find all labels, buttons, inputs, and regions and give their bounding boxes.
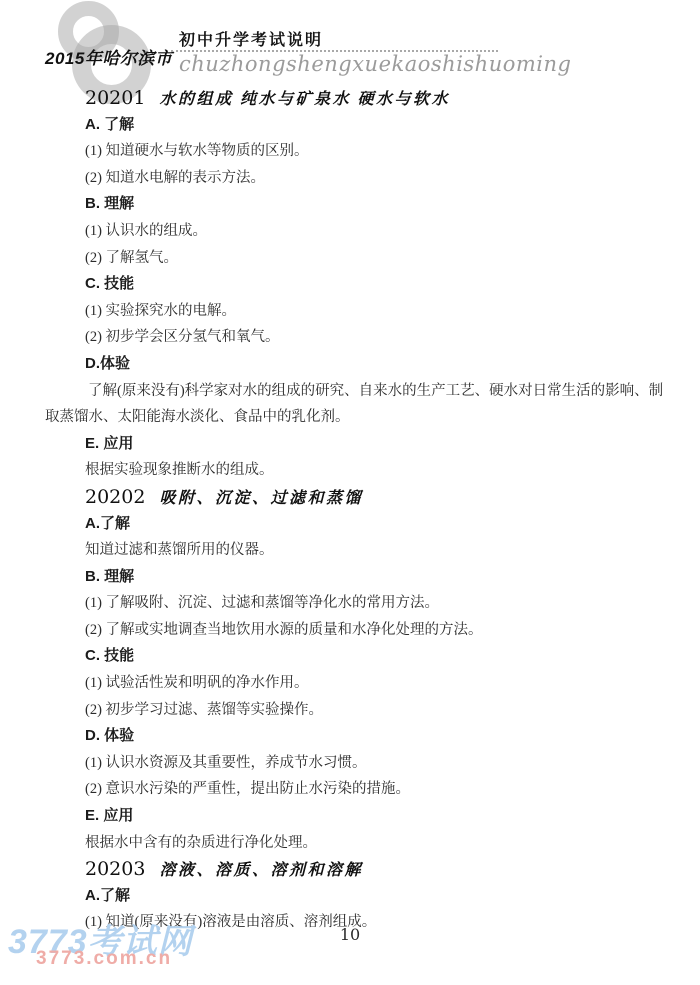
requirement-item: 知道过滤和蒸馏所用的仪器。 [85,537,657,564]
level-label: E. 应用 [85,803,657,830]
level-label: A.了解 [85,883,657,910]
paragraph-line: 了解(原来没有)科学家对水的组成的研究、自来水的生产工艺、硬水对日常生活的影响、… [45,378,657,405]
level-label: A. 了解 [85,112,657,139]
level-label: C. 技能 [85,643,657,670]
page-title: 初中升学考试说明 [179,27,323,50]
requirement-item: (2) 初步学习过滤、蒸馏等实验操作。 [85,697,657,724]
level-label: E. 应用 [85,431,657,458]
pinyin-subtitle: chuzhongshengxuekaoshishuoming [179,52,571,76]
requirement-item: (2) 知道水电解的表示方法。 [85,165,657,192]
document-page: 2015年哈尔滨市 初中升学考试说明 chuzhongshengxuekaosh… [0,0,700,985]
level-label: D.体验 [85,351,657,378]
requirement-item: (1) 实验探究水的电解。 [85,298,657,325]
requirement-item: 根据水中含有的杂质进行净化处理。 [85,830,657,857]
level-label: A.了解 [85,511,657,538]
section-heading: 20201水的组成 纯水与矿泉水 硬水与软水 [85,85,657,112]
requirement-item: (2) 意识水污染的严重性，提出防止水污染的措施。 [85,776,657,803]
requirement-item: (1) 了解吸附、沉淀、过滤和蒸馏等净化水的常用方法。 [85,590,657,617]
requirement-item: (2) 初步学会区分氢气和氧气。 [85,324,657,351]
section-code: 20202 [85,486,145,508]
section-title: 溶液、溶质、溶剂和溶解 [159,862,363,879]
level-label: B. 理解 [85,191,657,218]
level-label: B. 理解 [85,564,657,591]
section-code: 20203 [85,858,145,880]
level-label: D. 体验 [85,723,657,750]
section-code: 20201 [85,87,145,109]
watermark-domain: 3773.com.cn [36,948,172,970]
requirement-item: (1) 试验活性炭和明矾的净水作用。 [85,670,657,697]
requirement-item: (1) 认识水资源及其重要性，养成节水习惯。 [85,750,657,777]
section-title: 水的组成 纯水与矿泉水 硬水与软水 [159,91,450,108]
edition-label: 2015年哈尔滨市 [45,44,172,69]
requirement-item: (1) 认识水的组成。 [85,218,657,245]
section-heading: 20202吸附、沉淀、过滤和蒸馏 [85,484,657,511]
requirement-item: (2) 了解或实地调查当地饮用水源的质量和水净化处理的方法。 [85,617,657,644]
section-title: 吸附、沉淀、过滤和蒸馏 [159,490,363,507]
section-heading: 20203溶液、溶质、溶剂和溶解 [85,856,657,883]
requirement-item: (2) 了解氢气。 [85,245,657,272]
requirement-item: 根据实验现象推断水的组成。 [85,457,657,484]
document-body: 20201水的组成 纯水与矿泉水 硬水与软水 A. 了解 (1) 知道硬水与软水… [45,85,657,936]
paragraph-line: 取蒸馏水、太阳能海水淡化、食品中的乳化剂。 [45,404,657,431]
page-number: 10 [0,925,700,944]
requirement-item: (1) 知道硬水与软水等物质的区别。 [85,138,657,165]
level-label: C. 技能 [85,271,657,298]
